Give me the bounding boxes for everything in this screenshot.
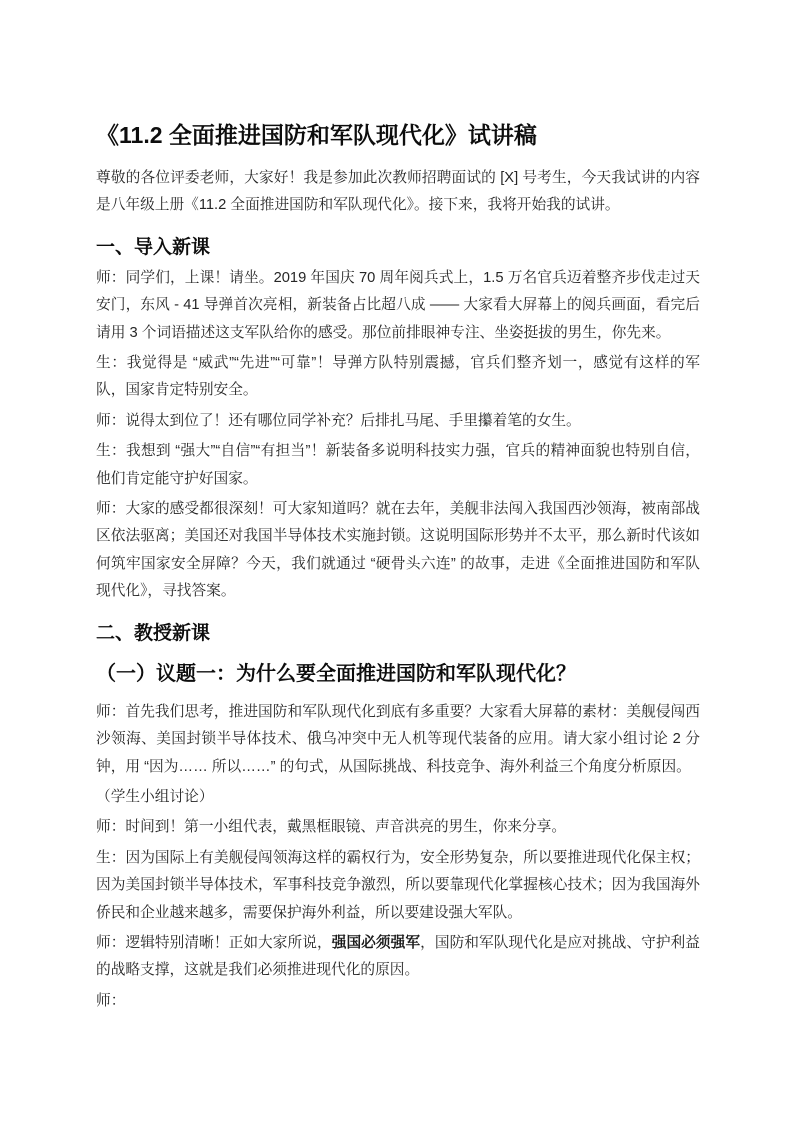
section-2-heading: 二、教授新课 xyxy=(96,621,700,646)
teacher-line: 师：时间到！第一小组代表，戴黑框眼镜、声音洪亮的男生，你来分享。 xyxy=(96,814,700,841)
teacher-summary-bold-phrase: 强国必须强军 xyxy=(332,935,420,951)
stage-direction: （学生小组讨论） xyxy=(96,784,700,811)
teacher-line-trailing: 师： xyxy=(96,988,700,1015)
teacher-line: 师：大家的感受都很深刻！可大家知道吗？就在去年，美舰非法闯入我国西沙领海，被南部… xyxy=(96,496,700,606)
teacher-line: 师：首先我们思考，推进国防和军队现代化到底有多重要？大家看大屏幕的素材：美舰侵闯… xyxy=(96,699,700,781)
teacher-summary-line: 师：逻辑特别清晰！正如大家所说，强国必须强军，国防和军队现代化是应对挑战、守护利… xyxy=(96,930,700,985)
student-line: 生：我想到 “强大”“自信”“有担当”！新装备多说明科技实力强，官兵的精神面貌也… xyxy=(96,438,700,493)
teacher-summary-pre: 师：逻辑特别清晰！正如大家所说， xyxy=(96,935,332,951)
intro-paragraph: 尊敬的各位评委老师，大家好！我是参加此次教师招聘面试的 [X] 号考生，今天我试… xyxy=(96,165,700,220)
section-1-heading: 一、导入新课 xyxy=(96,235,700,260)
document-page: 《11.2 全面推进国防和军队现代化》试讲稿 尊敬的各位评委老师，大家好！我是参… xyxy=(0,0,793,1122)
student-line: 生：我觉得是 “威武”“先进”“可靠”！导弹方队特别震撼，官兵们整齐划一，感觉有… xyxy=(96,350,700,405)
student-line: 生：因为国际上有美舰侵闯领海这样的霸权行为，安全形势复杂，所以要推进现代化保主权… xyxy=(96,845,700,927)
teacher-line: 师：说得太到位了！还有哪位同学补充？后排扎马尾、手里攥着笔的女生。 xyxy=(96,408,700,435)
document-title: 《11.2 全面推进国防和军队现代化》试讲稿 xyxy=(96,120,700,150)
teacher-line: 师：同学们，上课！请坐。2019 年国庆 70 周年阅兵式上，1.5 万名官兵迈… xyxy=(96,265,700,347)
topic-1-heading: （一）议题一：为什么要全面推进国防和军队现代化？ xyxy=(96,661,700,687)
